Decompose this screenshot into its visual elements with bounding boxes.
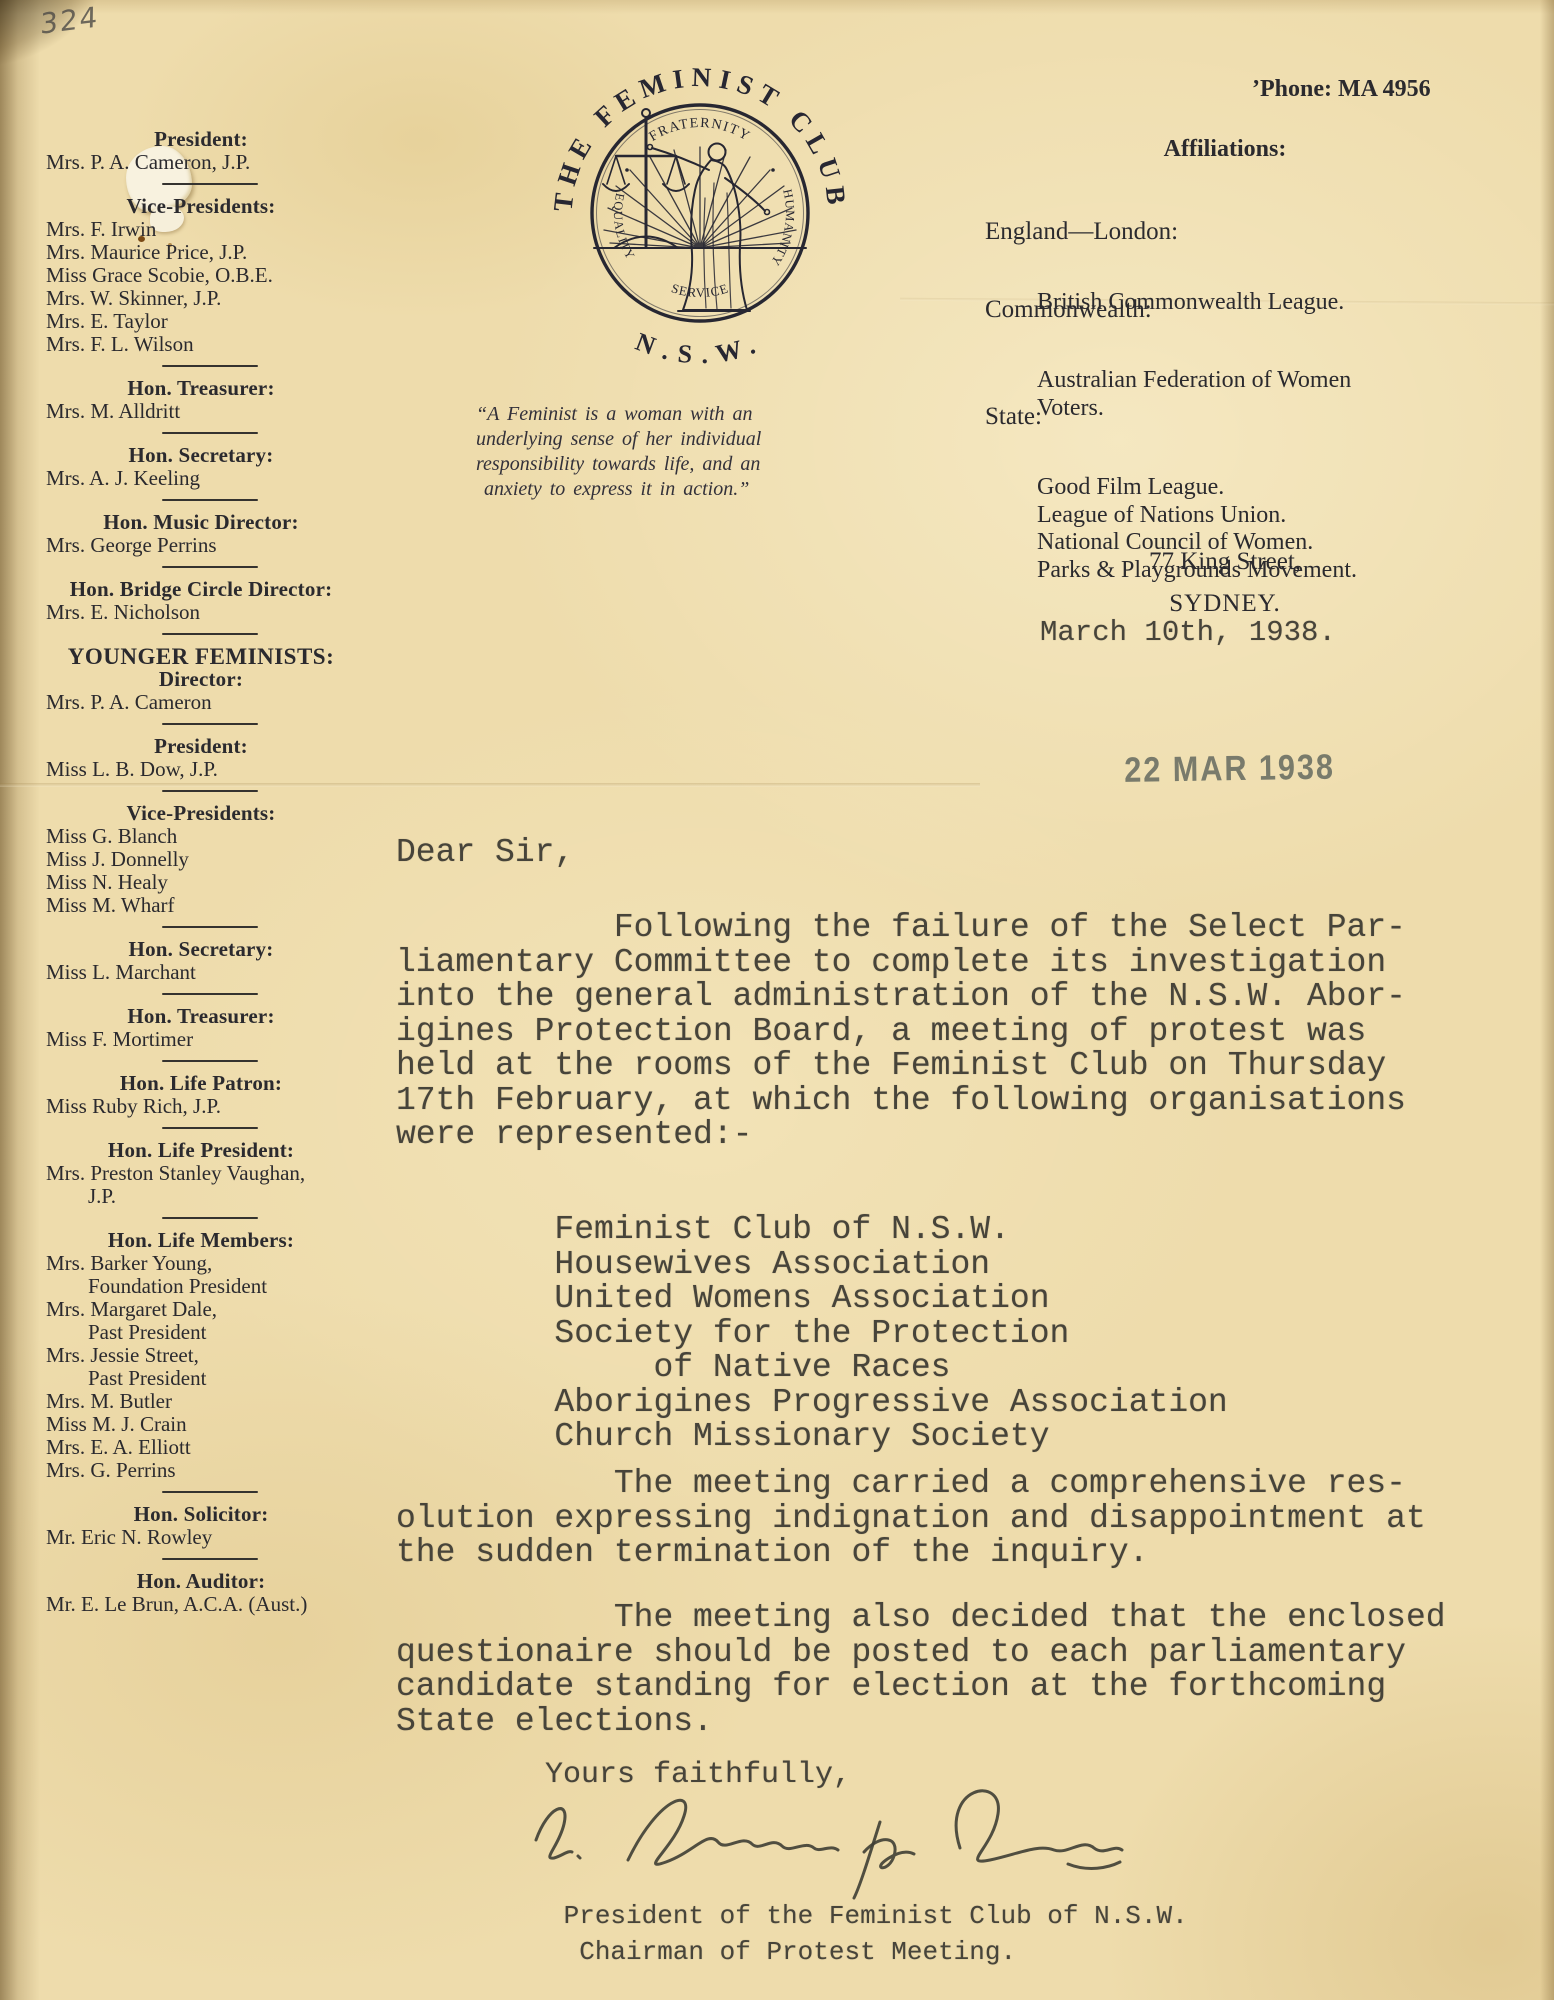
officer-name: Mrs. M. Butler	[40, 1390, 362, 1413]
organisations-list: Feminist Club of N.S.W. Housewives Assoc…	[396, 1213, 1228, 1455]
officer-section-title: Hon. Life Patron:	[40, 1072, 362, 1095]
section-divider	[162, 790, 258, 792]
received-date-stamp: 22 MAR 1938	[1124, 747, 1335, 791]
officer-name: Miss J. Donnelly	[40, 848, 362, 871]
text-line: responsibility towards life, and an	[476, 452, 761, 477]
officer-name: J.P.	[40, 1185, 362, 1208]
section-divider	[162, 993, 258, 995]
text-line: olution expressing indignation and disap…	[396, 1502, 1426, 1537]
text-line: Society for the Protection	[396, 1317, 1228, 1352]
officer-name: Miss M. Wharf	[40, 894, 362, 917]
feminist-club-seal-emblem: THE FEMINIST CLUB N.S.W. FRATERNITY SERV…	[528, 58, 872, 368]
officer-name: Mrs. W. Skinner, J.P.	[40, 287, 362, 310]
officer-section-title: Hon. Music Director:	[40, 511, 362, 534]
officer-section-title: President:	[40, 128, 362, 151]
text-line: candidate standing for election at the f…	[396, 1670, 1446, 1705]
officer-name: Miss N. Healy	[40, 871, 362, 894]
paper-right-edge-shadow	[1540, 0, 1554, 2000]
text-line: Following the failure of the Select Par-	[396, 911, 1406, 946]
officer-section-title: Vice-Presidents:	[40, 802, 362, 825]
phone-number: ’Phone: MA 4956	[1252, 76, 1431, 103]
officer-name: Mrs. A. J. Keeling	[40, 467, 362, 490]
section-divider	[162, 432, 258, 434]
seal-service-text: SERVICE	[670, 280, 731, 300]
text-line: igines Protection Board, a meeting of pr…	[396, 1015, 1406, 1050]
section-divider	[162, 1127, 258, 1129]
affiliation-label: State:	[985, 403, 1357, 431]
seal-arc-bottom-text: N.S.W.	[632, 327, 769, 368]
officer-section-title: Vice-Presidents:	[40, 195, 362, 218]
text-line: State elections.	[396, 1705, 1446, 1740]
officer-section-title: YOUNGER FEMINISTS:	[40, 645, 362, 668]
text-line: League of Nations Union.	[1037, 502, 1357, 530]
text-line: United Womens Association	[396, 1282, 1228, 1317]
officer-section-title: Hon. Life President:	[40, 1139, 362, 1162]
text-line: Feminist Club of N.S.W.	[396, 1213, 1228, 1248]
text-line: Chairman of Protest Meeting.	[470, 1934, 1188, 1970]
text-line: Church Missionary Society	[396, 1420, 1228, 1455]
officer-section-title: Director:	[40, 668, 362, 691]
affiliation-label: Commonwealth:	[985, 296, 1351, 324]
section-divider	[162, 723, 258, 725]
text-line: The meeting carried a comprehensive res-	[396, 1467, 1426, 1502]
officer-name: Miss Ruby Rich, J.P.	[40, 1095, 362, 1118]
officer-section-title: Hon. Bridge Circle Director:	[40, 578, 362, 601]
officer-name: Mrs. F. L. Wilson	[40, 333, 362, 356]
section-divider	[162, 499, 258, 501]
letter-date: March 10th, 1938.	[1040, 616, 1336, 649]
officer-section-title: Hon. Secretary:	[40, 444, 362, 467]
officer-name: Mrs. M. Alldritt	[40, 400, 362, 423]
officer-name: Mrs. P. A. Cameron	[40, 691, 362, 714]
section-divider	[162, 365, 258, 367]
paper-left-edge-shadow	[0, 0, 40, 2000]
officer-name: Mrs. Maurice Price, J.P.	[40, 241, 362, 264]
officer-name: Past President	[40, 1367, 362, 1390]
officer-name: Mrs. Barker Young,	[40, 1252, 362, 1275]
seal-fraternity-text: FRATERNITY	[647, 116, 753, 145]
letter-paragraph-1: Following the failure of the Select Par-…	[396, 911, 1406, 1153]
text-line: underlying sense of her individual	[476, 427, 761, 452]
letter-paragraph-2: The meeting carried a comprehensive res-…	[396, 1467, 1426, 1571]
officer-name: Miss L. Marchant	[40, 961, 362, 984]
officer-section-title: Hon. Treasurer:	[40, 1005, 362, 1028]
officer-name: Mrs. E. A. Elliott	[40, 1436, 362, 1459]
officer-name: Mrs. E. Taylor	[40, 310, 362, 333]
officer-section-title: Hon. Solicitor:	[40, 1503, 362, 1526]
officer-name: Mr. E. Le Brun, A.C.A. (Aust.)	[40, 1593, 362, 1616]
section-divider	[162, 633, 258, 635]
text-line: were represented:-	[396, 1118, 1406, 1153]
affiliations-title: Affiliations:	[985, 136, 1465, 163]
officer-name: Past President	[40, 1321, 362, 1344]
officers-list: President:Mrs. P. A. Cameron, J.P.Vice-P…	[40, 128, 362, 1616]
officer-name: Mr. Eric N. Rowley	[40, 1526, 362, 1549]
officer-name: Mrs. Jessie Street,	[40, 1344, 362, 1367]
salutation: Dear Sir,	[396, 834, 574, 871]
text-line: Aborigines Progressive Association	[396, 1386, 1228, 1421]
officer-name: Mrs. Preston Stanley Vaughan,	[40, 1162, 362, 1185]
text-line: The meeting also decided that the enclos…	[396, 1601, 1446, 1636]
club-motto-quote: “A Feminist is a woman with anunderlying…	[476, 402, 761, 502]
officer-name: Mrs. Margaret Dale,	[40, 1298, 362, 1321]
club-street-address: 77 King Street,	[985, 548, 1465, 576]
text-line: Housewives Association	[396, 1248, 1228, 1283]
section-divider	[162, 1060, 258, 1062]
officer-name: Mrs. E. Nicholson	[40, 601, 362, 624]
text-line: questionaire should be posted to each pa…	[396, 1636, 1446, 1671]
handwritten-signature	[508, 1768, 1128, 1908]
officer-name: Foundation President	[40, 1275, 362, 1298]
officer-section-title: President:	[40, 735, 362, 758]
officer-section-title: Hon. Secretary:	[40, 938, 362, 961]
closing-titles: President of the Feminist Club of N.S.W.…	[470, 1898, 1188, 1970]
text-line: President of the Feminist Club of N.S.W.	[470, 1898, 1188, 1934]
officer-name: Miss F. Mortimer	[40, 1028, 362, 1051]
section-divider	[162, 926, 258, 928]
club-city: SYDNEY.	[985, 590, 1465, 618]
text-line: into the general administration of the N…	[396, 980, 1406, 1015]
section-divider	[162, 1558, 258, 1560]
officer-section-title: Hon. Life Members:	[40, 1229, 362, 1252]
section-divider	[162, 1491, 258, 1493]
text-line: Good Film League.	[1037, 474, 1357, 502]
text-line: “A Feminist is a woman with an	[476, 402, 761, 427]
officer-name: Miss G. Blanch	[40, 825, 362, 848]
officer-section-title: Hon. Auditor:	[40, 1570, 362, 1593]
text-line: the sudden termination of the inquiry.	[396, 1536, 1426, 1571]
seal-equality-text: EQUALITY	[611, 192, 638, 262]
officer-name: Miss Grace Scobie, O.B.E.	[40, 264, 362, 287]
section-divider	[162, 566, 258, 568]
text-line: anxiety to express it in action.”	[476, 477, 761, 502]
officer-name: Miss M. J. Crain	[40, 1413, 362, 1436]
officer-name: Miss L. B. Dow, J.P.	[40, 758, 362, 781]
officer-section-title: Hon. Treasurer:	[40, 377, 362, 400]
section-divider	[162, 1217, 258, 1219]
text-line: 17th February, at which the following or…	[396, 1084, 1406, 1119]
text-line: of Native Races	[396, 1351, 1228, 1386]
seal-humanity-text: HUMANITY	[768, 188, 797, 269]
text-line: held at the rooms of the Feminist Club o…	[396, 1049, 1406, 1084]
scanned-letter-page: 324 President:Mrs. P. A. Cameron, J.P.Vi…	[0, 0, 1554, 2000]
text-line: liamentary Committee to complete its inv…	[396, 946, 1406, 981]
affiliation-group-state: State: Good Film League.League of Nation…	[985, 367, 1357, 620]
section-divider	[162, 183, 258, 185]
officer-name: Mrs. George Perrins	[40, 534, 362, 557]
officer-name: Mrs. F. Irwin	[40, 218, 362, 241]
letter-paragraph-3: The meeting also decided that the enclos…	[396, 1601, 1446, 1739]
affiliation-label: England—London:	[985, 218, 1344, 246]
officer-name: Mrs. P. A. Cameron, J.P.	[40, 151, 362, 174]
officer-name: Mrs. G. Perrins	[40, 1459, 362, 1482]
